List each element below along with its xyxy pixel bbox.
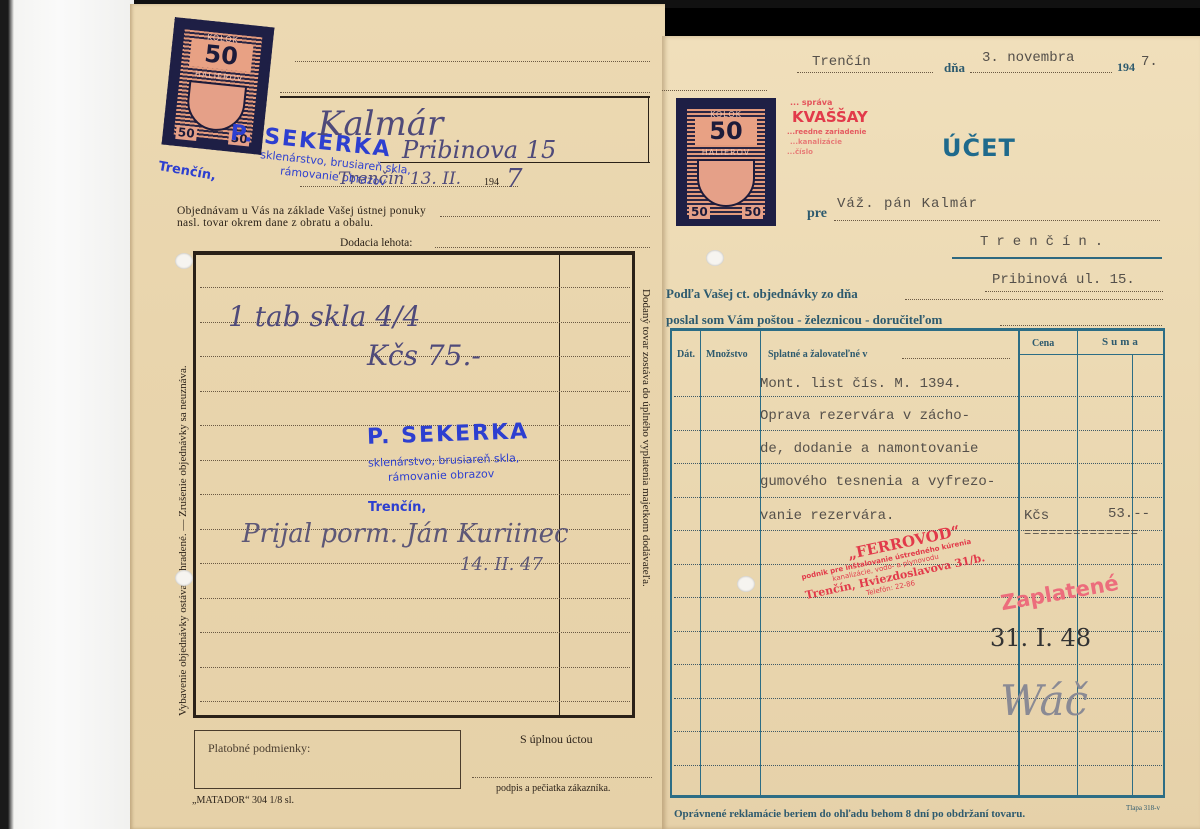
col-divider — [700, 331, 701, 795]
red-stamp-line1: ... správa — [790, 98, 832, 107]
respect-text: S úplnou úctou — [520, 732, 593, 747]
order-form-sheet: KOLOK 50 HALIEROV 50 50 P. SEKERKA sklen… — [130, 4, 665, 829]
ruled-line — [674, 698, 1162, 699]
payable-line — [902, 358, 1010, 359]
line-item: de, dodanie a namontovanie — [760, 441, 978, 457]
stamp-corner-left: 50 — [175, 125, 197, 141]
company-stamp-top-city: Trenčín, — [157, 159, 217, 184]
order-reference-label: Podľa Vašej ct. objednávky zo dňa — [666, 286, 858, 302]
recipient: Váž. pán Kalmár — [837, 196, 978, 212]
year-typed: 7. — [1141, 54, 1158, 70]
stamp-corner-left: 50 — [689, 205, 710, 219]
line-item: Oprava rezervára v zácho- — [760, 408, 970, 424]
signature-line — [472, 777, 652, 778]
recipient-street: Pribinová ul. 15. — [992, 272, 1135, 288]
handwritten-received-date: 14. II. 47 — [460, 554, 543, 575]
printer-mark: Tlapa 318-v — [1126, 804, 1160, 812]
ruled-line — [200, 563, 630, 564]
header-payable: Splatné a žalovateľné v — [768, 349, 867, 360]
address-box-right — [648, 96, 649, 162]
signature-scribble: Wáč — [1000, 676, 1088, 725]
invoice-date: 3. novembra — [982, 50, 1074, 66]
col-divider — [1077, 331, 1078, 795]
address-line-2 — [280, 92, 650, 93]
year-prefix: 194 — [1117, 60, 1135, 75]
date-line — [970, 72, 1112, 73]
invoice-place: Trenčín — [812, 54, 871, 70]
invoice-title: ÚČET — [942, 134, 1016, 162]
handwritten-price: Kčs 75.- — [367, 339, 481, 372]
order-reference-line — [905, 299, 1163, 300]
ruled-line — [674, 396, 1162, 397]
invoice-total: 53.-- — [1108, 506, 1150, 522]
city-underline — [952, 257, 1162, 259]
ruled-line — [200, 632, 630, 633]
payment-terms-box — [194, 730, 461, 789]
left-margin-note: Vybavenie objednávky ostáva vyhradené. —… — [177, 365, 189, 716]
ruled-line — [674, 430, 1162, 431]
revenue-stamp: KOLOK 50 HALIEROV 50 50 — [676, 98, 776, 226]
recipient-city: Trenčín. — [980, 234, 1111, 250]
header-quantity: Množstvo — [706, 349, 748, 360]
company-stamp-mid-city: Trenčín, — [368, 500, 426, 515]
punch-hole — [706, 250, 724, 266]
handwritten-item: 1 tab skla 4/4 — [228, 300, 420, 333]
handwritten-address: Pribinova 15 — [402, 136, 556, 164]
footer-complaints: Oprávnené reklamácie beriem do ohľadu be… — [674, 808, 1025, 820]
ruled-line — [674, 765, 1162, 766]
intro-line-1: Objednávam u Vás na základe Vašej ústnej… — [177, 205, 426, 217]
shipping-label: poslal som Vám poštou - železnicou - dor… — [666, 312, 942, 328]
ruled-line — [200, 598, 630, 599]
col-divider — [1018, 331, 1020, 795]
line-item: vanie rezervára. — [760, 508, 894, 524]
delivery-line — [435, 247, 650, 248]
ruled-line — [674, 497, 1162, 498]
offer-line — [440, 216, 650, 217]
right-margin-note: Dodaný tovar zostáva do úplného vyplaten… — [640, 289, 652, 587]
stamp-area-line — [662, 90, 767, 91]
year-hand: 7 — [506, 164, 523, 194]
stamp-value: 50 — [695, 117, 757, 145]
currency: Kčs — [1024, 508, 1049, 524]
payment-terms-label: Platobné podmienky: — [208, 741, 310, 756]
for-label: pre — [807, 206, 827, 222]
ruled-line — [200, 494, 630, 495]
red-stamp-line4: ...číslo — [787, 148, 813, 156]
punch-hole — [175, 570, 193, 586]
recipient-line — [834, 220, 1160, 221]
signature-label: podpis a pečiatka zákazníka. — [496, 783, 610, 794]
printer-mark: „MATADOR“ 304 1/8 sl. — [192, 795, 294, 806]
shipping-line — [1000, 325, 1162, 326]
ruled-line — [200, 287, 630, 288]
punch-hole — [737, 576, 755, 592]
intro-line-2: nasl. tovar okrem dane z obratu a obalu. — [177, 217, 373, 229]
total-double-rule: ============== — [1024, 526, 1139, 540]
street-line — [985, 291, 1163, 292]
stamp-unit: HALIEROV — [679, 148, 773, 157]
date-label: dňa — [944, 60, 965, 76]
stamp-corner-right: 50 — [742, 205, 763, 219]
line-item: gumového tesnenia a vyfrezo- — [760, 474, 995, 490]
order-box-column-divider — [559, 255, 560, 716]
red-stamp-line3: ...kanalizácie — [790, 138, 842, 146]
header-price: Cena — [1032, 338, 1054, 349]
scan-background — [0, 0, 134, 829]
year-prefix: 194 — [484, 177, 499, 188]
paid-date: 31. I. 48 — [990, 624, 1091, 652]
ruled-line — [674, 664, 1162, 665]
address-box-top — [280, 96, 650, 98]
handwritten-received: Prijal porm. Ján Kuriinec — [242, 519, 569, 549]
invoice-sheet: Trenčín dňa 3. novembra 194 7. KOLOK 50 … — [662, 36, 1200, 829]
ruled-line — [674, 731, 1162, 732]
ruled-line — [200, 391, 630, 392]
ruled-line — [674, 463, 1162, 464]
handwritten-place-date: Trenčín 13. II. — [338, 169, 461, 189]
col-divider — [760, 331, 761, 795]
header-date: Dát. — [677, 349, 695, 360]
delivery-label: Dodacia lehota: — [340, 237, 412, 249]
header-sum: Suma — [1102, 336, 1141, 348]
header-rule — [1019, 354, 1164, 355]
line-item: Mont. list čís. M. 1394. — [760, 376, 962, 392]
place-line — [797, 72, 933, 73]
ruled-line — [200, 701, 630, 702]
red-stamp-name: KVAŠŠAY — [792, 108, 868, 126]
address-line-1 — [295, 61, 650, 62]
ruled-line — [200, 667, 630, 668]
col-divider — [1132, 354, 1133, 795]
punch-hole — [175, 253, 193, 269]
red-stamp-line2: ...reedne zariadenie — [787, 128, 866, 136]
